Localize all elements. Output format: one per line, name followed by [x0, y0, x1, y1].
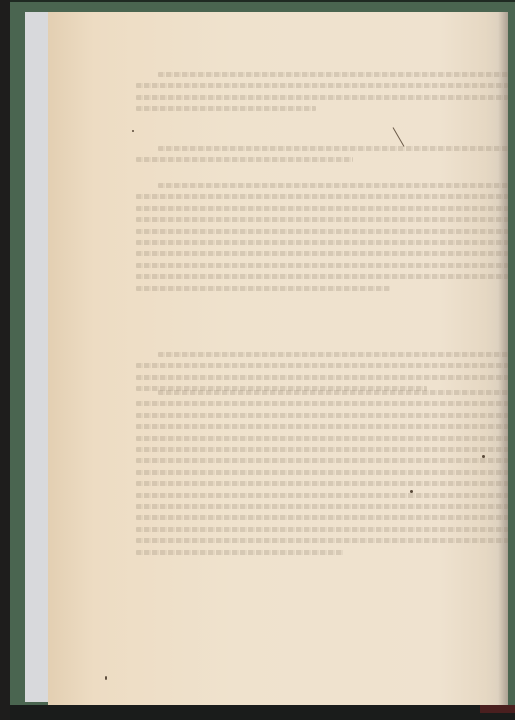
text-line: [136, 447, 508, 452]
text-line: [136, 458, 508, 463]
scan-speck: [132, 130, 134, 132]
text-line: [136, 424, 508, 429]
text-line: [136, 436, 508, 441]
text-line: [136, 106, 316, 111]
text-line: [136, 538, 508, 543]
text-line: [136, 194, 508, 199]
scanner-bottom-edge: [10, 705, 515, 720]
text-line: [158, 183, 508, 188]
text-line: [136, 470, 508, 475]
scanner-bottom-accent: [480, 705, 515, 713]
text-line: [136, 95, 508, 100]
text-line: [136, 504, 508, 509]
text-line: [136, 263, 508, 268]
text-line: [136, 217, 508, 222]
text-line: [136, 83, 508, 88]
text-line: [136, 527, 508, 532]
document-page: [48, 12, 508, 705]
text-line: [136, 515, 508, 520]
text-line: [158, 390, 508, 395]
text-line: [158, 146, 508, 151]
text-line: [136, 375, 508, 380]
text-line: [158, 72, 508, 77]
text-line: [136, 274, 508, 279]
text-line: [136, 493, 508, 498]
page-shadow: [498, 12, 508, 705]
text-line: [136, 286, 390, 291]
scan-speck: [105, 676, 107, 680]
text-line: [136, 363, 508, 368]
text-line: [136, 251, 508, 256]
text-line: [136, 550, 344, 555]
text-line: [158, 352, 508, 357]
text-line: [136, 413, 508, 418]
text-line: [136, 240, 508, 245]
backing-sheet: [25, 12, 49, 702]
text-line: [136, 481, 508, 486]
text-line: [136, 401, 508, 406]
text-line: [136, 229, 508, 234]
scan-mark: [393, 127, 405, 147]
text-line: [136, 206, 508, 211]
text-line: [136, 157, 353, 162]
